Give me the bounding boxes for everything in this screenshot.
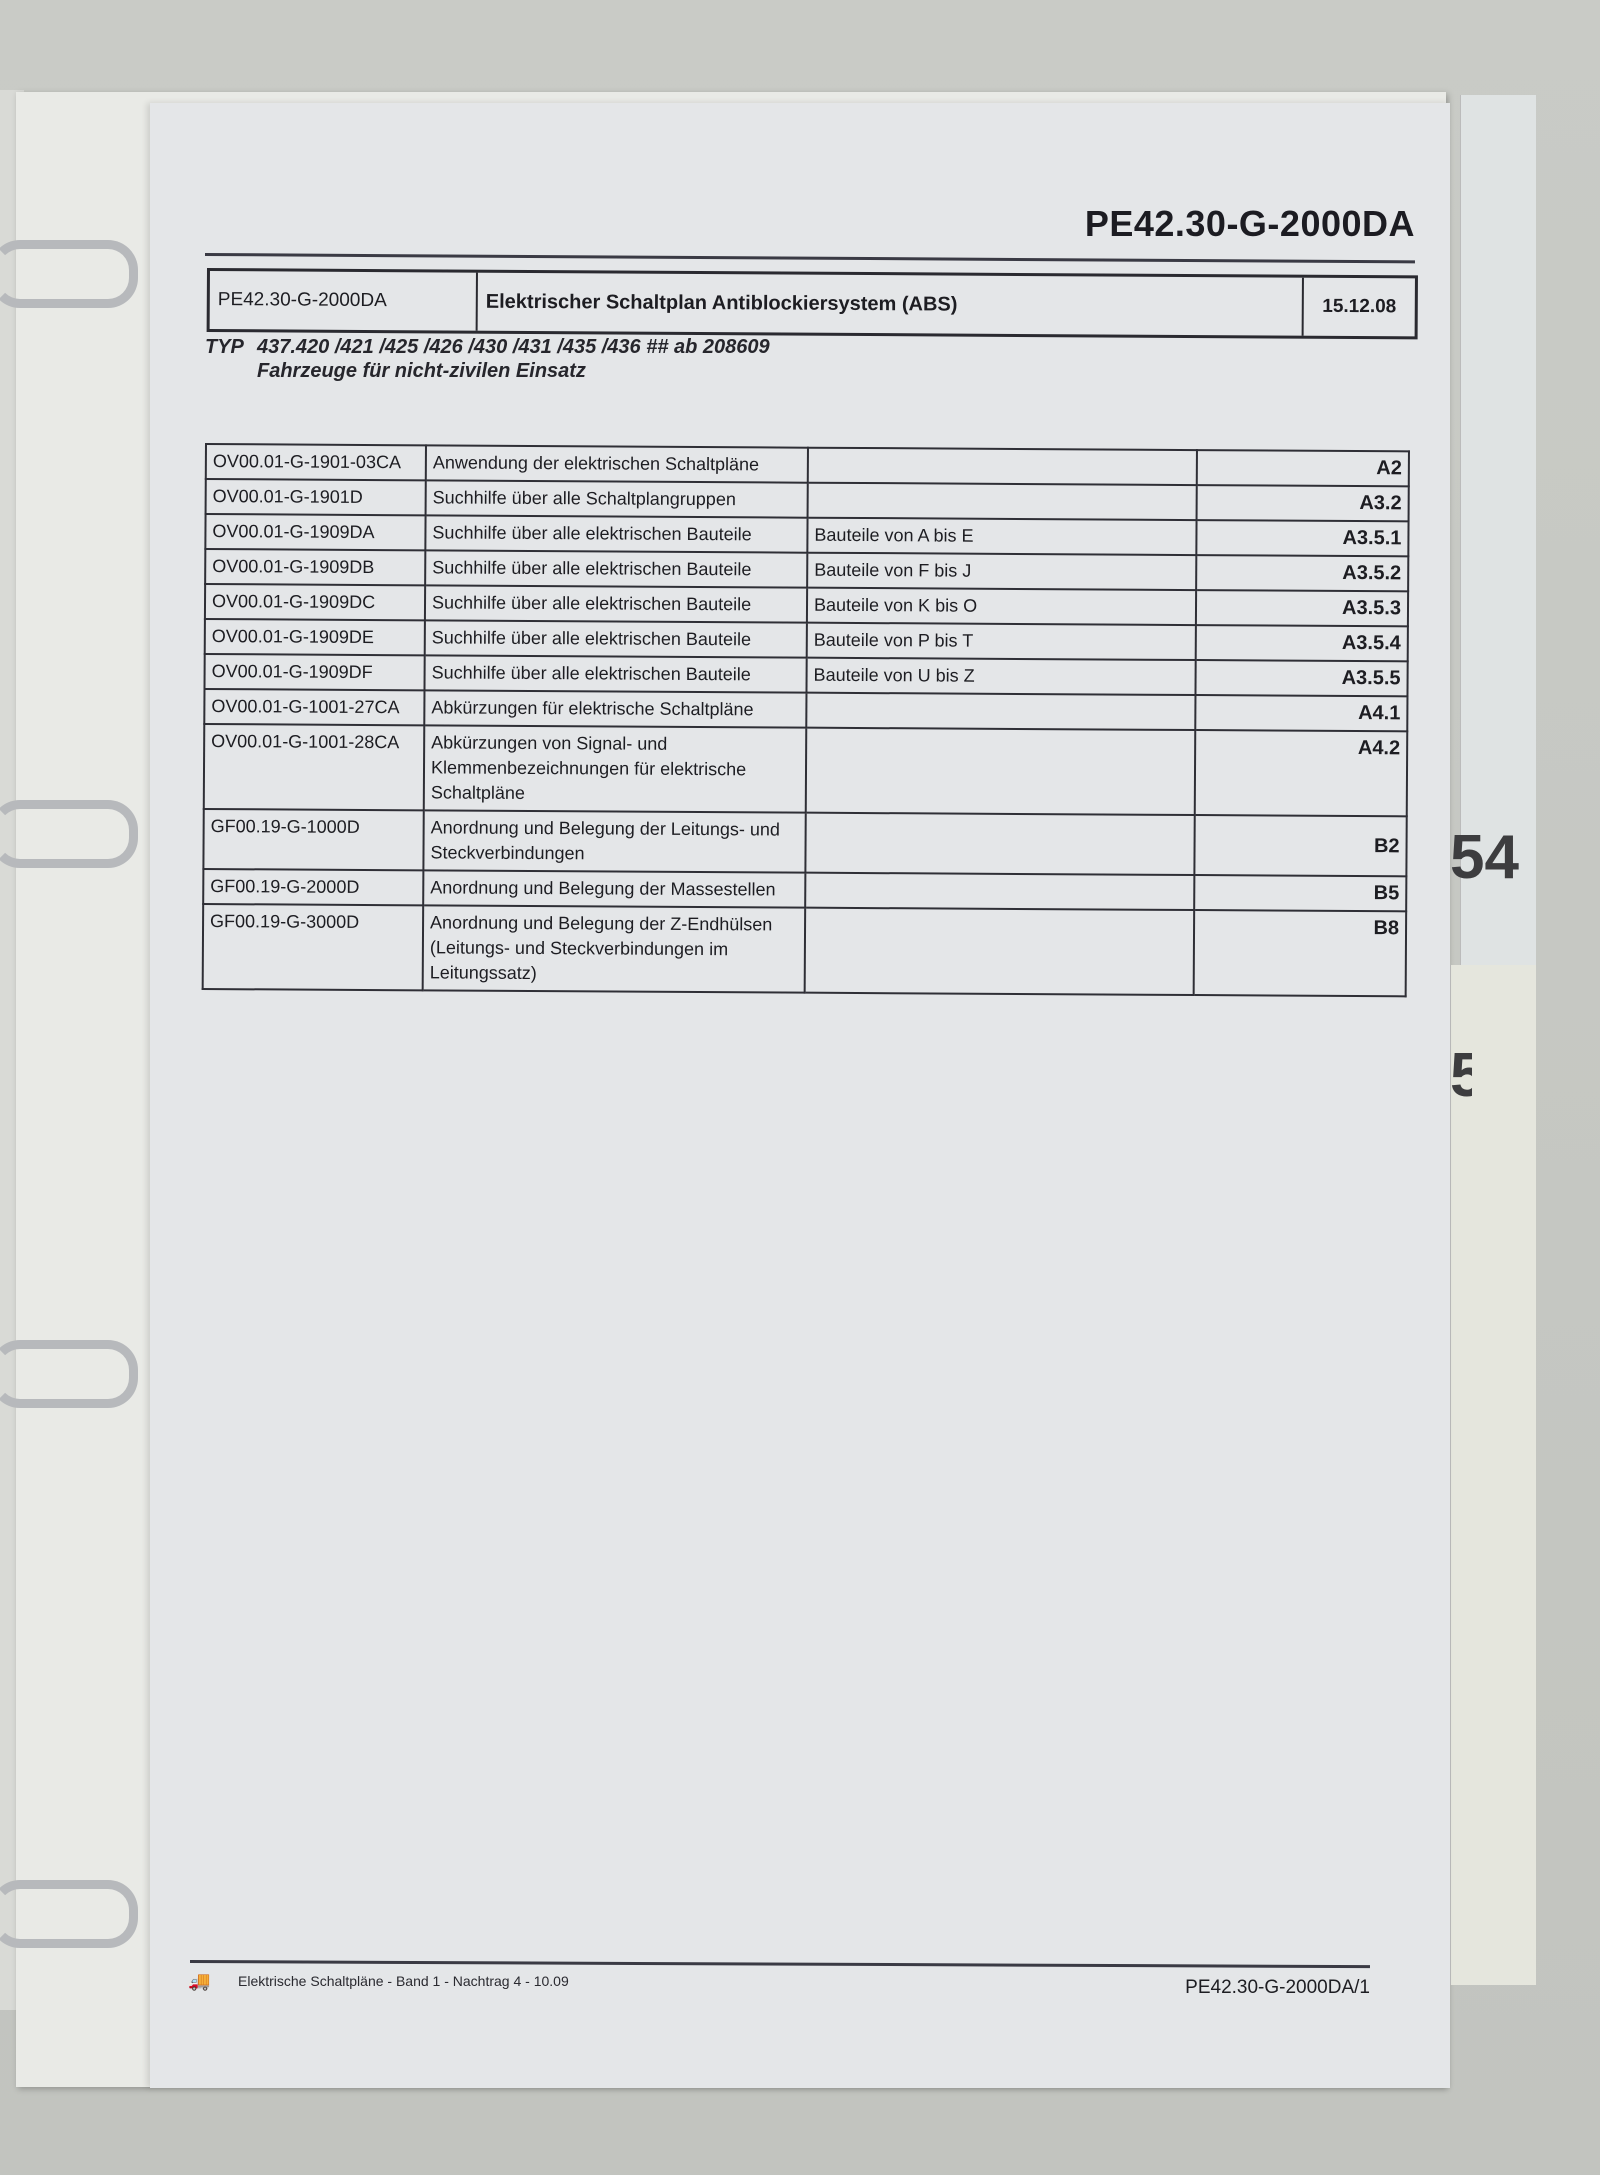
- binder-ring: [0, 240, 138, 308]
- cell-ref: A4.2: [1195, 730, 1408, 816]
- cell-ref: A3.2: [1197, 485, 1409, 521]
- register-tab-label: 54: [1450, 822, 1519, 893]
- cell-code: OV00.01-G-1901-03CA: [206, 444, 426, 480]
- cell-ref: A3.5.4: [1196, 625, 1408, 661]
- cell-title: Suchhilfe über alle elektrischen Bauteil…: [425, 620, 807, 657]
- cell-sub: [805, 873, 1194, 910]
- cell-ref: A3.5.3: [1196, 590, 1408, 626]
- cell-sub: [806, 728, 1196, 815]
- cell-code: GF00.19-G-2000D: [203, 869, 423, 905]
- cell-ref: B8: [1194, 910, 1407, 996]
- footer-publication: Elektrische Schaltpläne - Band 1 - Nacht…: [238, 1973, 569, 1989]
- cell-title: Suchhilfe über alle elektrischen Bauteil…: [425, 585, 807, 622]
- cell-code: OV00.01-G-1001-28CA: [204, 724, 425, 810]
- cell-code: OV00.01-G-1909DA: [205, 514, 425, 550]
- table-row: GF00.19-G-1000DAnordnung und Belegung de…: [203, 809, 1406, 876]
- cell-sub: [808, 448, 1197, 485]
- register-tab-label-lower: 5: [1450, 1040, 1472, 1111]
- cell-title: Abkürzungen von Signal- und Klemmenbezei…: [424, 725, 807, 812]
- cell-code: OV00.01-G-1909DB: [205, 549, 425, 585]
- cell-sub: Bauteile von U bis Z: [806, 658, 1195, 695]
- page-title: PE42.30-G-2000DA: [1085, 203, 1415, 245]
- cell-code: OV00.01-G-1909DE: [205, 619, 425, 655]
- header-rule: [205, 253, 1415, 263]
- cell-ref: A3.5.5: [1195, 660, 1407, 696]
- cell-sub: Bauteile von A bis E: [807, 518, 1196, 555]
- cell-code: OV00.01-G-1909DC: [205, 584, 425, 620]
- header-title: Elektrischer Schaltplan Antiblockiersyst…: [478, 273, 1304, 336]
- cell-title: Anordnung und Belegung der Leitungs- und…: [423, 810, 805, 872]
- binder-ring: [0, 1880, 138, 1948]
- cell-code: OV00.01-G-1901D: [206, 479, 426, 515]
- cell-sub: [806, 693, 1195, 730]
- cell-code: OV00.01-G-1909DF: [204, 654, 424, 690]
- cell-ref: A3.5.2: [1196, 555, 1408, 591]
- cell-code: OV00.01-G-1001-27CA: [204, 689, 424, 725]
- vehicle-type-block: TYP437.420 /421 /425 /426 /430 /431 /435…: [205, 335, 770, 383]
- header-date: 15.12.08: [1304, 278, 1415, 337]
- cell-ref: A4.1: [1195, 695, 1407, 731]
- truck-icon: 🚚: [188, 1971, 210, 1992]
- cell-title: Suchhilfe über alle elektrischen Bauteil…: [425, 550, 807, 587]
- cell-ref: B5: [1194, 875, 1406, 911]
- cell-title: Abkürzungen für elektrische Schaltpläne: [424, 690, 806, 727]
- binder-ring: [0, 800, 138, 868]
- type-label: TYP: [205, 335, 257, 359]
- cell-title: Suchhilfe über alle elektrischen Bauteil…: [425, 515, 807, 552]
- type-note: Fahrzeuge für nicht-zivilen Einsatz: [205, 359, 770, 383]
- cell-sub: [805, 908, 1195, 995]
- cell-sub: [805, 813, 1194, 875]
- cell-code: GF00.19-G-3000D: [203, 904, 424, 990]
- cell-ref: B2: [1194, 815, 1406, 876]
- binder-ring: [0, 1340, 138, 1408]
- cell-title: Anordnung und Belegung der Z-Endhülsen (…: [423, 905, 806, 992]
- header-code: PE42.30-G-2000DA: [210, 271, 478, 331]
- type-line: 437.420 /421 /425 /426 /430 /431 /435 /4…: [257, 336, 770, 358]
- cell-ref: A3.5.1: [1196, 520, 1408, 556]
- document-page: PE42.30-G-2000DA PE42.30-G-2000DA Elektr…: [150, 103, 1450, 2088]
- cell-sub: [808, 483, 1197, 520]
- cell-title: Suchhilfe über alle Schaltplangruppen: [426, 480, 808, 517]
- cell-sub: Bauteile von K bis O: [807, 588, 1196, 625]
- cell-title: Anwendung der elektrischen Schaltpläne: [426, 445, 808, 482]
- cell-code: GF00.19-G-1000D: [203, 809, 423, 870]
- cell-sub: Bauteile von F bis J: [807, 553, 1196, 590]
- register-tab-lower[interactable]: [1450, 965, 1536, 1985]
- document-header-box: PE42.30-G-2000DA Elektrischer Schaltplan…: [207, 268, 1418, 339]
- footer-rule: [190, 1960, 1370, 1968]
- table-row: OV00.01-G-1001-28CAAbkürzungen von Signa…: [204, 724, 1407, 816]
- cell-ref: A2: [1197, 450, 1409, 486]
- table-row: GF00.19-G-3000DAnordnung und Belegung de…: [203, 904, 1406, 996]
- cell-title: Anordnung und Belegung der Massestellen: [423, 870, 805, 907]
- cell-sub: Bauteile von P bis T: [807, 623, 1196, 660]
- footer-page-number: PE42.30-G-2000DA/1: [1185, 1977, 1370, 1999]
- contents-table: OV00.01-G-1901-03CAAnwendung der elektri…: [202, 443, 1410, 997]
- cell-title: Suchhilfe über alle elektrischen Bauteil…: [424, 655, 806, 692]
